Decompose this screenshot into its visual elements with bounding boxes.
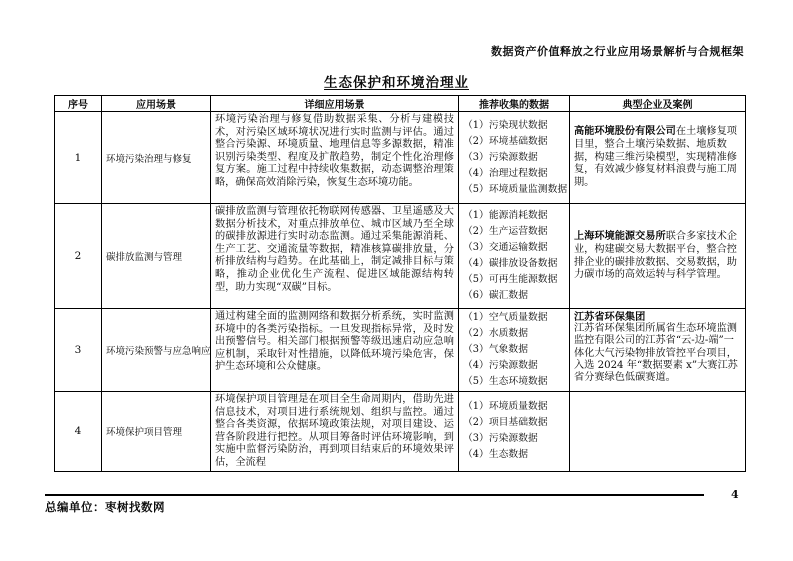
data-item: （5）可再生能源数据 <box>463 272 567 288</box>
data-cell: （1）能源消耗数据 （2）生产运营数据 （3）交通运输数据 （4）碳排放设备数据… <box>459 204 570 309</box>
scene-cell: 环境污染预警与应急响应 <box>102 309 211 392</box>
column-header-case: 典型企业及案例 <box>570 96 746 112</box>
column-header-index: 序号 <box>55 96 102 112</box>
company-name: 高能环境股份有限公司 <box>574 125 676 137</box>
data-item: （6）碳汇数据 <box>463 288 567 304</box>
scene-cell: 环境保护项目管理 <box>102 392 211 472</box>
data-item: （1）环境质量数据 <box>463 399 567 415</box>
data-item: （3）污染源数据 <box>463 431 567 447</box>
case-cell <box>570 392 746 472</box>
data-item: （2）生产运营数据 <box>463 224 567 240</box>
page-title: 生态保护和环境治理业 <box>324 75 469 91</box>
data-item: （4）生态数据 <box>463 447 567 463</box>
data-item: （5）环境质量监测数据 <box>463 182 567 198</box>
footer-rule <box>45 494 704 496</box>
table-header-row: 序号 应用场景 详细应用场景 推荐收集的数据 典型企业及案例 <box>55 96 746 112</box>
data-item: （2）水质数据 <box>463 326 567 342</box>
case-cell: 上海环境能源交易所联合多家技术企业，构建碳交易大数据平台，整合控排企业的碳排放数… <box>570 204 746 309</box>
company-name: 上海环境能源交易所 <box>574 230 666 242</box>
row-index-cell: 3 <box>55 309 102 392</box>
detail-cell: 通过构建全面的监测网络和数据分析系统，实时监测环境中的各类污染指标。一旦发现指标… <box>211 309 459 392</box>
row-index-cell: 4 <box>55 392 102 472</box>
data-item: （2）项目基础数据 <box>463 415 567 431</box>
document-header: 数据资产价值释放之行业应用场景解析与合规框架 <box>491 43 744 59</box>
data-item: （5）生态环境数据 <box>463 374 567 390</box>
row-index-cell: 1 <box>55 112 102 204</box>
column-header-detail: 详细应用场景 <box>211 96 459 112</box>
application-scenarios-table: 序号 应用场景 详细应用场景 推荐收集的数据 典型企业及案例 1 环境污染治理与… <box>54 95 746 472</box>
data-item: （1）能源消耗数据 <box>463 208 567 224</box>
detail-cell: 环境污染治理与修复借助数据采集、分析与建模技术，对污染区域环境状况进行实时监测与… <box>211 112 459 204</box>
data-item: （1）空气质量数据 <box>463 310 567 326</box>
case-cell: 江苏省环保集团江苏省环保集团所属省生态环境监测监控有限公司的江苏省“云-边-端”… <box>570 309 746 392</box>
table-row: 2 碳排放监测与管理 碳排放监测与管理依托物联网传感器、卫星遥感及大数据分析技术… <box>55 204 746 309</box>
detail-cell: 环境保护项目管理是在项目全生命周期内，借助先进信息技术，对项目进行系统规划、组织… <box>211 392 459 472</box>
case-cell: 高能环境股份有限公司在土壤修复项目里，整合土壤污染数据、地质数据，构建三维污染模… <box>570 112 746 204</box>
footer-publisher: 总编单位：枣树找数网 <box>45 499 165 515</box>
data-item: （3）污染源数据 <box>463 150 567 166</box>
column-header-scene: 应用场景 <box>102 96 211 112</box>
document-page: 数据资产价值释放之行业应用场景解析与合规框架 生态保护和环境治理业 序号 应用场… <box>0 0 793 561</box>
data-item: （4）污染源数据 <box>463 358 567 374</box>
row-index-cell: 2 <box>55 204 102 309</box>
data-cell: （1）环境质量数据 （2）项目基础数据 （3）污染源数据 （4）生态数据 <box>459 392 570 472</box>
data-cell: （1）污染现状数据 （2）环境基础数据 （3）污染源数据 （4）治理过程数据 （… <box>459 112 570 204</box>
scene-cell: 环境污染治理与修复 <box>102 112 211 204</box>
data-item: （4）碳排放设备数据 <box>463 256 567 272</box>
column-header-data: 推荐收集的数据 <box>459 96 570 112</box>
data-item: （1）污染现状数据 <box>463 118 567 134</box>
data-item: （3）气象数据 <box>463 342 567 358</box>
page-number: 4 <box>731 488 739 501</box>
scene-cell: 碳排放监测与管理 <box>102 204 211 309</box>
table-row: 1 环境污染治理与修复 环境污染治理与修复借助数据采集、分析与建模技术，对污染区… <box>55 112 746 204</box>
data-item: （4）治理过程数据 <box>463 166 567 182</box>
case-text: 江苏省环保集团所属省生态环境监测监控有限公司的江苏省“云-边-端”一体化大气污染… <box>574 323 738 383</box>
data-cell: （1）空气质量数据 （2）水质数据 （3）气象数据 （4）污染源数据 （5）生态… <box>459 309 570 392</box>
company-name: 江苏省环保集团 <box>574 311 741 323</box>
page-title-row: 生态保护和环境治理业 <box>0 71 793 91</box>
table-row: 3 环境污染预警与应急响应 通过构建全面的监测网络和数据分析系统，实时监测环境中… <box>55 309 746 392</box>
data-item: （3）交通运输数据 <box>463 240 567 256</box>
table-row: 4 环境保护项目管理 环境保护项目管理是在项目全生命周期内，借助先进信息技术，对… <box>55 392 746 472</box>
data-item: （2）环境基础数据 <box>463 134 567 150</box>
detail-cell: 碳排放监测与管理依托物联网传感器、卫星遥感及大数据分析技术，对重点排放单位、城市… <box>211 204 459 309</box>
